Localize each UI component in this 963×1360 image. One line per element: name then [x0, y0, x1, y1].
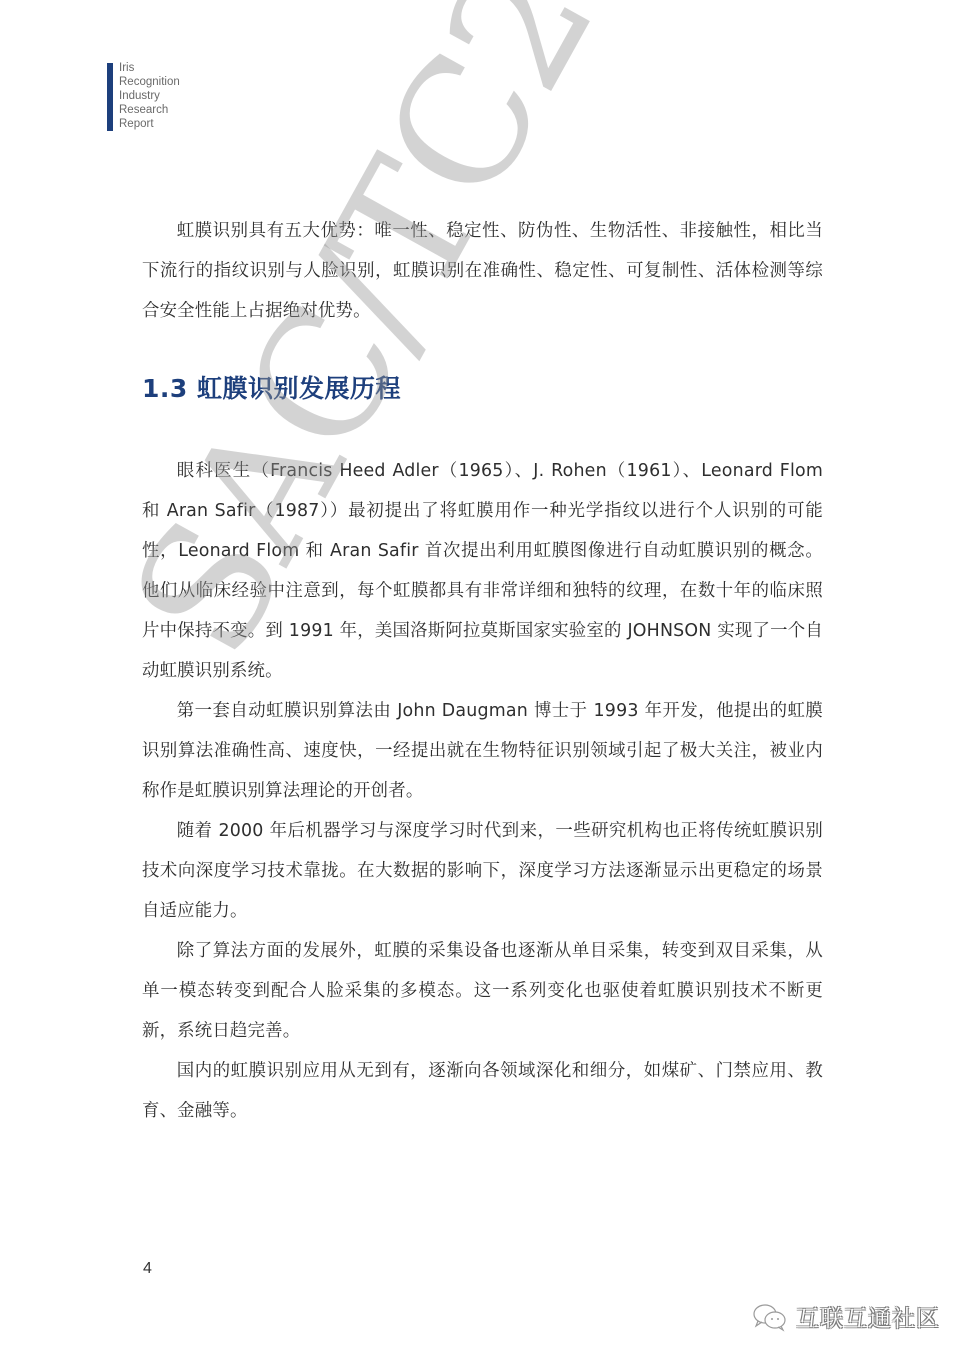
body-paragraph: 国内的虹膜识别应用从无到有，逐渐向各领域深化和细分，如煤矿、门禁应用、教育、金融…	[142, 1051, 823, 1131]
header-accent-bar	[107, 63, 113, 131]
body-paragraph: 第一套自动虹膜识别算法由 John Daugman 博士于 1993 年开发，他…	[142, 691, 823, 811]
footer-brand: 互联互通社区	[752, 1300, 940, 1333]
page-content: 虹膜识别具有五大优势：唯一性、稳定性、防伪性、生物活性、非接触性，相比当下流行的…	[142, 211, 823, 1131]
report-title-line: Report	[119, 117, 180, 131]
report-title-line: Research	[119, 103, 180, 117]
page-number: 4	[143, 1260, 152, 1278]
section-heading: 1.3 虹膜识别发展历程	[142, 369, 823, 409]
report-header: Iris Recognition Industry Research Repor…	[107, 63, 180, 131]
section-title: 虹膜识别发展历程	[197, 374, 401, 403]
body-paragraph: 眼科医生（Francis Heed Adler（1965）、J. Rohen（1…	[142, 451, 823, 691]
brand-name: 互联互通社区	[796, 1300, 940, 1333]
body-paragraph: 随着 2000 年后机器学习与深度学习时代到来，一些研究机构也正将传统虹膜识别技…	[142, 811, 823, 931]
body-paragraph: 除了算法方面的发展外，虹膜的采集设备也逐渐从单目采集，转变到双目采集，从单一模态…	[142, 931, 823, 1051]
section-number: 1.3	[142, 374, 188, 403]
report-title-line: Recognition	[119, 75, 180, 89]
report-title-line: Industry	[119, 89, 180, 103]
wechat-icon	[752, 1302, 788, 1332]
intro-paragraph: 虹膜识别具有五大优势：唯一性、稳定性、防伪性、生物活性、非接触性，相比当下流行的…	[142, 211, 823, 331]
report-title: Iris Recognition Industry Research Repor…	[119, 61, 180, 131]
report-title-line: Iris	[119, 61, 180, 75]
